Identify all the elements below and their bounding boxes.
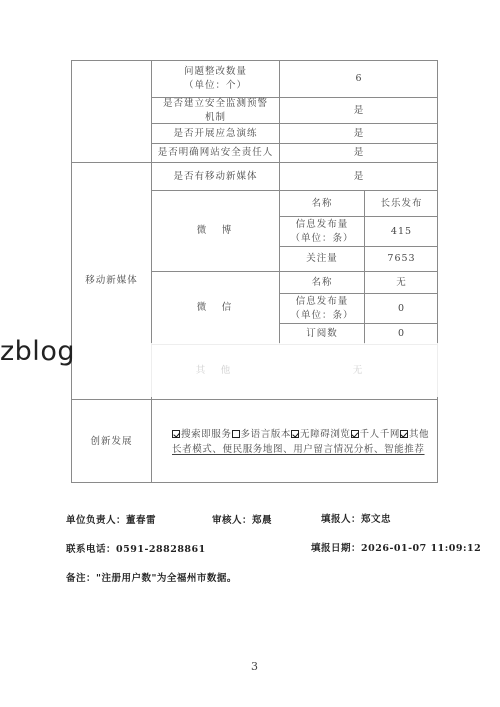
reviewer: 审核人：郑晨: [212, 512, 272, 526]
safety-label-responsible: 是否明确网站安全责任人: [152, 144, 279, 162]
weixin-subscribers-value: 0: [365, 324, 438, 344]
weixin-posts-label: 信息发布量 （单位：条）: [280, 294, 364, 323]
weibo-label: 微 博: [152, 191, 279, 271]
filler: 填报人：郑文忠: [321, 511, 391, 525]
unit-head: 单位负责人：董春雷: [66, 512, 156, 526]
safety-value-rectification: 6: [280, 61, 438, 97]
weibo-posts-value: 415: [365, 217, 438, 246]
safety-label-drill: 是否开展应急演练: [152, 124, 279, 143]
safety-label-rectification: 问题整改数量 （单位：个）: [152, 61, 279, 97]
safety-value-responsible: 是: [280, 144, 438, 162]
checkbox-checked-icon[interactable]: [400, 430, 408, 438]
innovation-options: 搜索即服务多语言版本无障碍浏览千人千网其他 长者模式、便民服务地图、用户留言情况…: [172, 427, 434, 457]
has-media-label: 是否有移动新媒体: [152, 163, 279, 190]
section-label-new-media: 移动新媒体: [72, 163, 151, 399]
checkbox-checked-icon[interactable]: [351, 430, 359, 438]
weibo-followers-label: 关注量: [280, 247, 364, 271]
other-media-label: 其 他: [151, 344, 278, 397]
weixin-label: 微 信: [152, 272, 279, 344]
checkbox-unchecked-icon[interactable]: [232, 430, 240, 438]
weibo-name-label: 名称: [280, 191, 364, 216]
fill-date: 填报日期：2026-01-07 11:09:12: [311, 540, 481, 554]
weibo-followers-value: 7653: [365, 247, 438, 271]
zblog-watermark: zblog: [0, 336, 75, 367]
page-number: 3: [251, 660, 258, 673]
innovation-checkbox-row: 搜索即服务多语言版本无障碍浏览千人千网其他: [172, 427, 434, 442]
safety-value-drill: 是: [280, 124, 438, 143]
note: 备注："注册用户数"为全福州市数据。: [66, 570, 237, 584]
has-media-value: 是: [280, 163, 438, 190]
other-media-value: 无: [279, 344, 437, 397]
weibo-name-value: 长乐发布: [365, 191, 438, 216]
report-table: 问题整改数量 （单位：个） 6 是否建立安全监测预警 机制 是 是否开展应急演练…: [71, 60, 438, 483]
safety-label-monitoring: 是否建立安全监测预警 机制: [152, 98, 279, 123]
innovation-other-detail: 长者模式、便民服务地图、用户留言情况分析、智能推荐: [172, 442, 434, 457]
weixin-name-label: 名称: [280, 272, 364, 293]
weixin-subscribers-label: 订阅数: [280, 324, 364, 344]
contact-phone: 联系电话：0591-28828861: [66, 541, 206, 555]
checkbox-checked-icon[interactable]: [291, 430, 299, 438]
checkbox-checked-icon[interactable]: [172, 430, 180, 438]
weixin-name-value: 无: [365, 272, 438, 293]
weibo-posts-label: 信息发布量 （单位：条）: [280, 217, 364, 246]
section-label-innovation: 创新发展: [72, 400, 151, 483]
safety-value-monitoring: 是: [280, 98, 438, 123]
weixin-posts-value: 0: [365, 294, 438, 323]
